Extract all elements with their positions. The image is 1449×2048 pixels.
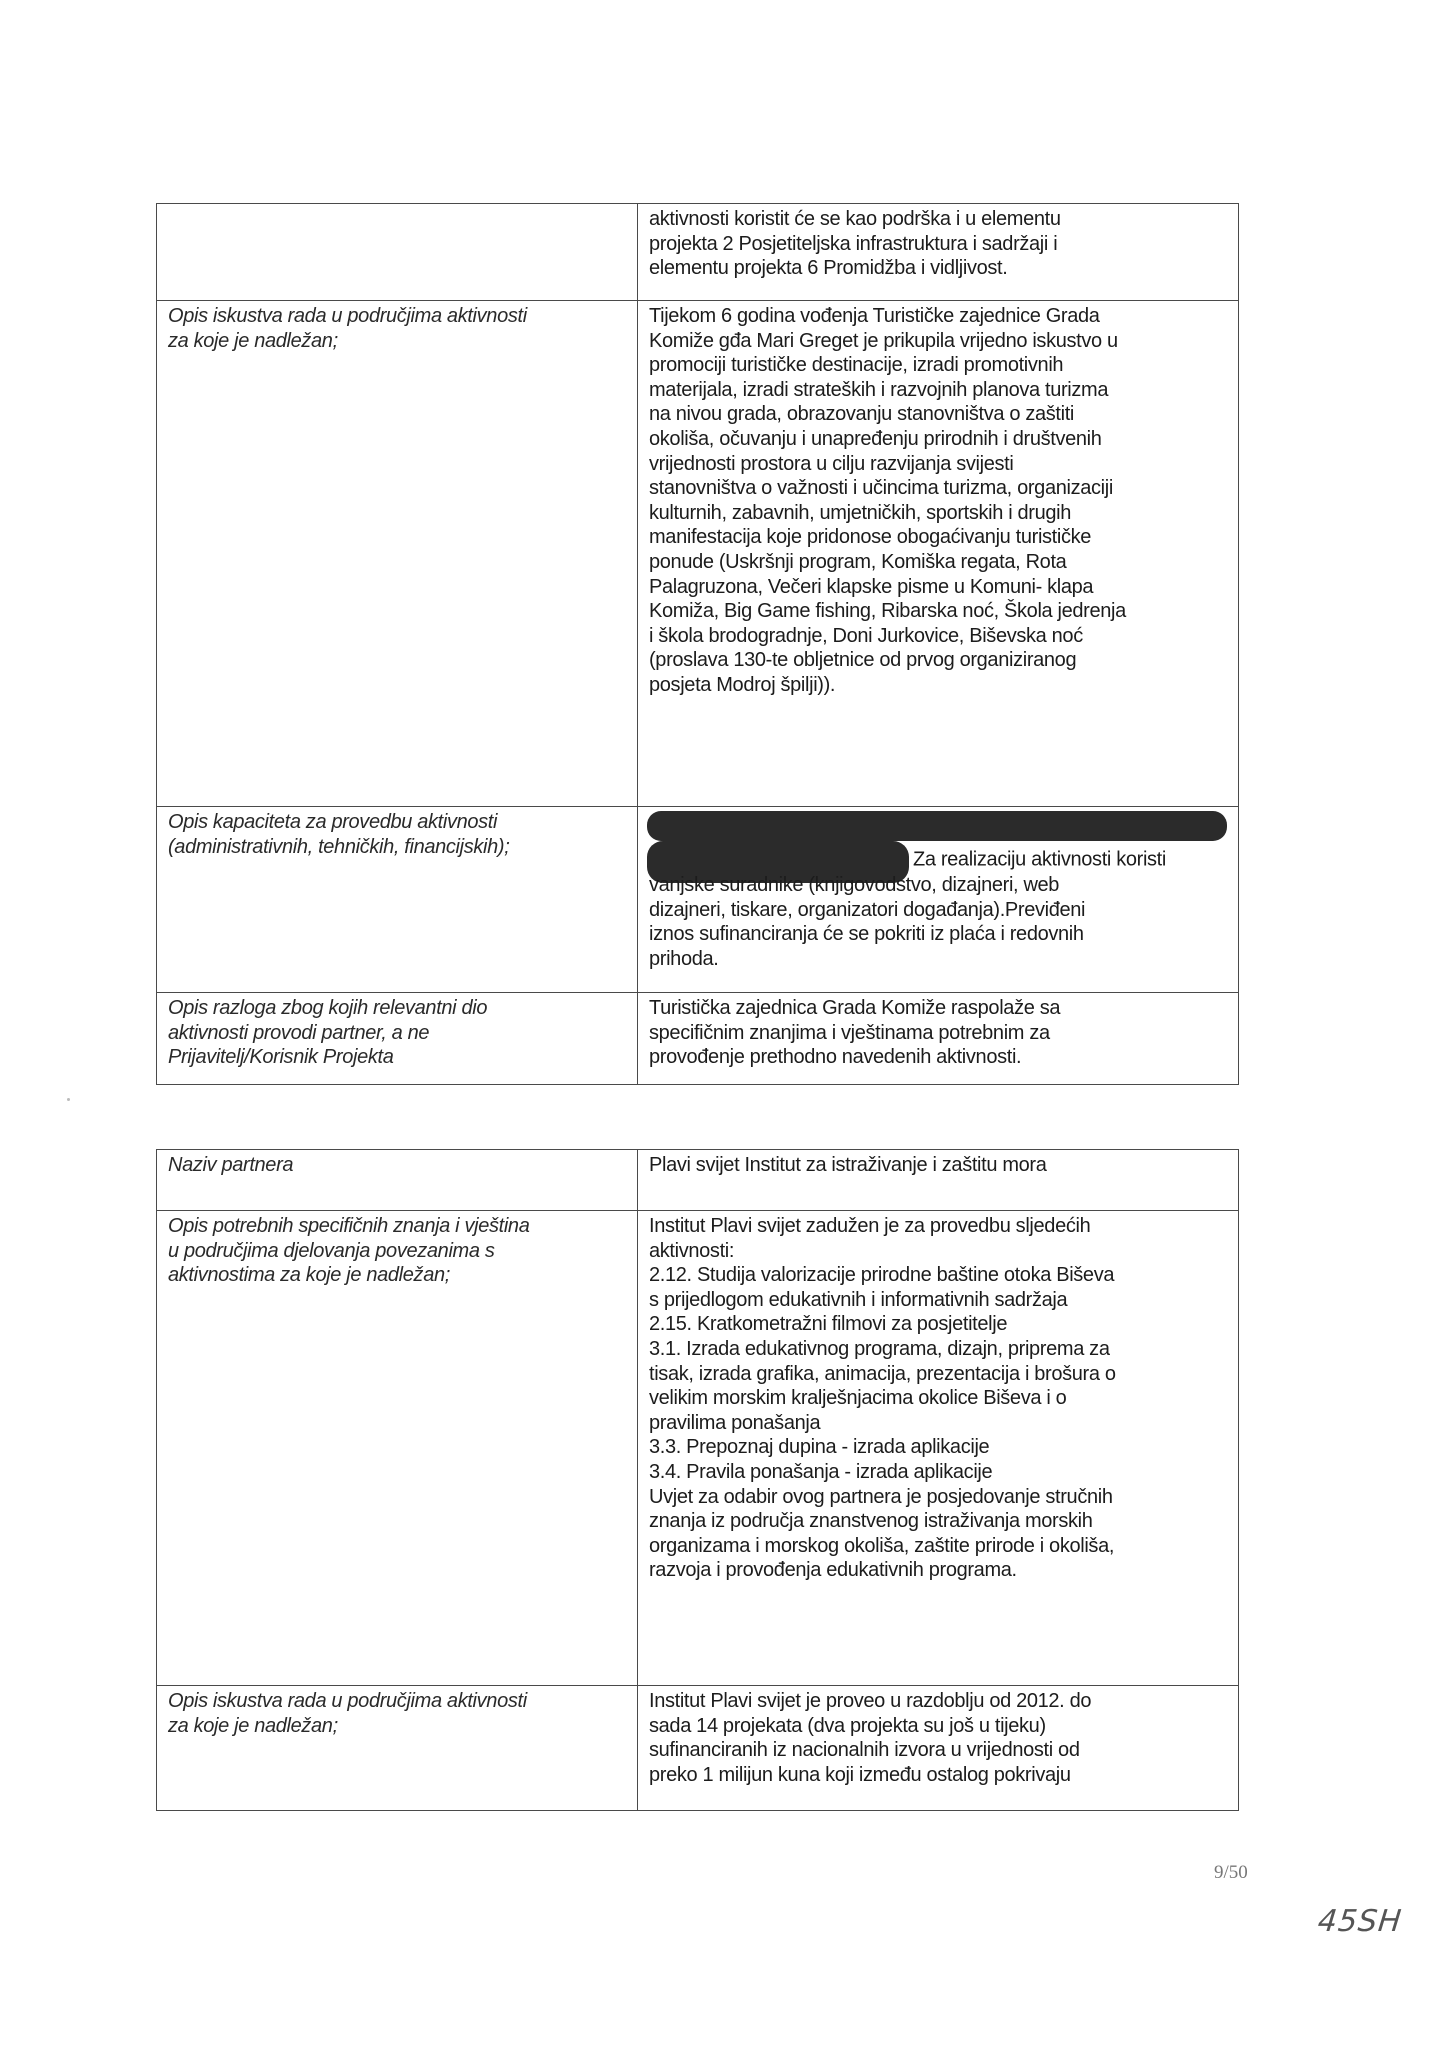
row-value-skills: Institut Plavi svijet zadužen je za prov… xyxy=(638,1211,1239,1686)
text-line: pravilima ponašanja xyxy=(649,1411,1230,1436)
table-row: Opis kapaciteta za provedbu aktivnosti(a… xyxy=(157,807,1239,993)
text-line: vrijednosti prostora u cilju razvijanja … xyxy=(649,452,1230,477)
text-line: Uvjet za odabir ovog partnera je posjedo… xyxy=(649,1485,1230,1510)
partner-table-tz-komiza: aktivnosti koristit će se kao podrška i … xyxy=(156,203,1239,1085)
text-line: za koje je nadležan; xyxy=(168,1714,629,1739)
text-line: tisak, izrada grafika, animacija, prezen… xyxy=(649,1362,1230,1387)
text-line: razvoja i provođenja edukativnih program… xyxy=(649,1558,1230,1583)
text-line: preko 1 milijun kuna koji između ostalog… xyxy=(649,1763,1230,1788)
text-line: provođenje prethodno navedenih aktivnost… xyxy=(649,1045,1230,1070)
text-line: Naziv partnera xyxy=(168,1153,629,1178)
text-line: Opis iskustva rada u područjima aktivnos… xyxy=(168,1689,629,1714)
text-line: Institut Plavi svijet je proveo u razdob… xyxy=(649,1689,1230,1714)
page-number: 9/50 xyxy=(1214,1862,1248,1884)
text-line: promociji turističke destinacije, izradi… xyxy=(649,353,1230,378)
table-row: Opis iskustva rada u područjima aktivnos… xyxy=(157,301,1239,807)
text-line: dizajneri, tiskare, organizatori događan… xyxy=(649,898,1230,923)
text-line: kulturnih, zabavnih, umjetničkih, sports… xyxy=(649,501,1230,526)
handwritten-mark: 45SH xyxy=(1316,1904,1403,1939)
text-line: Turistička zajednica Grada Komiže raspol… xyxy=(649,996,1230,1021)
text-line: aktivnosti: xyxy=(649,1239,1230,1264)
text-line: 2.12. Studija valorizacije prirodne bašt… xyxy=(649,1263,1230,1288)
text-line: aktivnostima za koje je nadležan; xyxy=(168,1263,629,1288)
row-value-capacity: Za realizaciju aktivnosti koristi vanjsk… xyxy=(638,807,1239,993)
text-line: okoliša, očuvanju i unapređenju prirodni… xyxy=(649,427,1230,452)
text-line: 3.1. Izrada edukativnog programa, dizajn… xyxy=(649,1337,1230,1362)
row-label-capacity: Opis kapaciteta za provedbu aktivnosti(a… xyxy=(157,807,638,993)
text-line: manifestacija koje pridonose obogaćivanj… xyxy=(649,525,1230,550)
row-label xyxy=(157,204,638,301)
text-line: Opis potrebnih specifičnih znanja i vješ… xyxy=(168,1214,629,1239)
capacity-text: vanjske suradnike (knjigovodstvo, dizajn… xyxy=(649,873,1230,971)
row-value: aktivnosti koristit će se kao podrška i … xyxy=(638,204,1239,301)
text-line: ponude (Uskršnji program, Komiška regata… xyxy=(649,550,1230,575)
redaction-block xyxy=(647,811,1227,841)
scan-speck xyxy=(67,1098,70,1101)
text-line: Komiža, Big Game fishing, Ribarska noć, … xyxy=(649,599,1230,624)
row-value-partner-name: Plavi svijet Institut za istraživanje i … xyxy=(638,1150,1239,1211)
text-line: Plavi svijet Institut za istraživanje i … xyxy=(649,1153,1230,1178)
table-row: Opis iskustva rada u područjima aktivnos… xyxy=(157,1686,1239,1811)
text-line: Institut Plavi svijet zadužen je za prov… xyxy=(649,1214,1230,1239)
text-line: 3.4. Pravila ponašanja - izrada aplikaci… xyxy=(649,1460,1230,1485)
text-line: u područjima djelovanja povezanima s xyxy=(168,1239,629,1264)
text-line: sada 14 projekata (dva projekta su još u… xyxy=(649,1714,1230,1739)
text-line: znanja iz područja znanstvenog istraživa… xyxy=(649,1509,1230,1534)
document-page: aktivnosti koristit će se kao podrška i … xyxy=(0,0,1449,2048)
text-line: (proslava 130-te obljetnice od prvog org… xyxy=(649,648,1230,673)
text-line: na nivou grada, obrazovanju stanovništva… xyxy=(649,402,1230,427)
table-row: Opis potrebnih specifičnih znanja i vješ… xyxy=(157,1211,1239,1686)
text-line: Komiže gđa Mari Greget je prikupila vrij… xyxy=(649,329,1230,354)
text-line: 3.3. Prepoznaj dupina - izrada aplikacij… xyxy=(649,1435,1230,1460)
table-row: Naziv partnera Plavi svijet Institut za … xyxy=(157,1150,1239,1211)
text-line: (administrativnih, tehničkih, financijsk… xyxy=(168,835,629,860)
text-line: sufinanciranih iz nacionalnih izvora u v… xyxy=(649,1738,1230,1763)
capacity-text-start: Za realizaciju aktivnosti koristi xyxy=(913,848,1166,870)
row-label-skills: Opis potrebnih specifičnih znanja i vješ… xyxy=(157,1211,638,1686)
text-line: elementu projekta 6 Promidžba i vidljivo… xyxy=(649,256,1230,281)
table-row: Opis razloga zbog kojih relevantni dioak… xyxy=(157,993,1239,1085)
text-line: prihoda. xyxy=(649,947,1230,972)
text-line: Prijavitelj/Korisnik Projekta xyxy=(168,1045,629,1070)
row-label-experience: Opis iskustva rada u područjima aktivnos… xyxy=(157,301,638,807)
text-line: organizama i morskog okoliša, zaštite pr… xyxy=(649,1534,1230,1559)
text-line: velikim morskim kralješnjacima okolice B… xyxy=(649,1386,1230,1411)
text-line: projekta 2 Posjetiteljska infrastruktura… xyxy=(649,232,1230,257)
row-label-reason: Opis razloga zbog kojih relevantni dioak… xyxy=(157,993,638,1085)
text-line: stanovništva o važnosti i učincima turiz… xyxy=(649,476,1230,501)
text-line: materijala, izradi strateških i razvojni… xyxy=(649,378,1230,403)
text-line: aktivnosti koristit će se kao podrška i … xyxy=(649,207,1230,232)
text-line: Opis iskustva rada u područjima aktivnos… xyxy=(168,304,629,329)
text-line: Palagruzona, Večeri klapske pisme u Komu… xyxy=(649,575,1230,600)
row-value-reason: Turistička zajednica Grada Komiže raspol… xyxy=(638,993,1239,1085)
partner-table-plavi-svijet: Naziv partnera Plavi svijet Institut za … xyxy=(156,1149,1239,1811)
text-line: Tijekom 6 godina vođenja Turističke zaje… xyxy=(649,304,1230,329)
text-line: iznos sufinanciranja će se pokriti iz pl… xyxy=(649,922,1230,947)
text-line: za koje je nadležan; xyxy=(168,329,629,354)
row-label-partner-name: Naziv partnera xyxy=(157,1150,638,1211)
row-value-experience: Institut Plavi svijet je proveo u razdob… xyxy=(638,1686,1239,1811)
text-line: vanjske suradnike (knjigovodstvo, dizajn… xyxy=(649,873,1230,898)
text-line: s prijedlogom edukativnih i informativni… xyxy=(649,1288,1230,1313)
row-label-experience: Opis iskustva rada u područjima aktivnos… xyxy=(157,1686,638,1811)
text-line: posjeta Modroj špilji)). xyxy=(649,673,1230,698)
text-line: 2.15. Kratkometražni filmovi za posjetit… xyxy=(649,1312,1230,1337)
text-line: specifičnim znanjima i vještinama potreb… xyxy=(649,1021,1230,1046)
table-row: aktivnosti koristit će se kao podrška i … xyxy=(157,204,1239,301)
row-value-experience: Tijekom 6 godina vođenja Turističke zaje… xyxy=(638,301,1239,807)
text-line: Opis kapaciteta za provedbu aktivnosti xyxy=(168,810,629,835)
text-line: Opis razloga zbog kojih relevantni dio xyxy=(168,996,629,1021)
text-line: i škola brodogradnje, Doni Jurkovice, Bi… xyxy=(649,624,1230,649)
text-line: aktivnosti provodi partner, a ne xyxy=(168,1021,629,1046)
